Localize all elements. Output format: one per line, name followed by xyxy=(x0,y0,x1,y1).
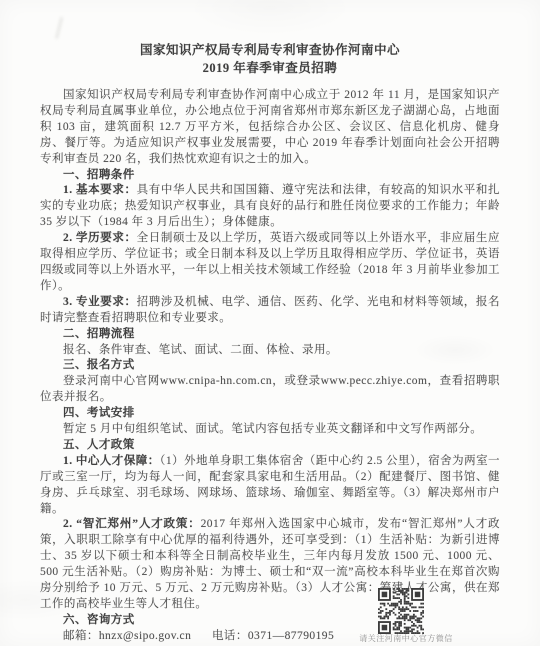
document-title-line2: 2019 年春季审查员招聘 xyxy=(0,60,540,78)
section-heading-recruit-process: 二、招聘流程 xyxy=(40,327,500,343)
paragraph-label: 2. “智汇郑州”人才政策： xyxy=(63,518,201,530)
scanned-document-page: 国家知识产权局专利局专利审查协作河南中心 2019 年春季审查员招聘 国家知识产… xyxy=(0,0,540,646)
phone-value: 0371—87790195 xyxy=(248,630,334,642)
paragraph-label: 1. 基本要求： xyxy=(63,184,137,196)
paragraph-apply: 登录河南中心官网www.cnipa-hn.com.cn，或登录www.pecc.… xyxy=(40,374,500,406)
paragraph-basic-requirements: 1. 基本要求：具有中华人民共和国国籍、遵守宪法和法律，有较高的知识水平和扎实的… xyxy=(40,183,500,231)
document-title: 国家知识产权局专利局专利审查协作河南中心 2019 年春季审查员招聘 xyxy=(0,42,540,77)
intro-paragraph: 国家知识产权局专利局专利审查协作河南中心成立于 2012 年 11 月，是国家知… xyxy=(40,88,500,168)
email-value: hnzx@sipo.gov.cn xyxy=(99,630,191,642)
paragraph-zhengzhou-talent-policy: 2. “智汇郑州”人才政策：2017 年郑州入选国家中心城市，发布“智汇郑州”人… xyxy=(40,517,500,612)
section-heading-apply-method: 三、报名方式 xyxy=(40,358,500,374)
phone-label: 电话： xyxy=(212,630,248,642)
email-label: 邮箱： xyxy=(63,630,99,642)
paragraph-major-requirements: 3. 专业要求：招聘涉及机械、电学、通信、医药、化学、光电和材料等领域，报名时请… xyxy=(40,295,500,327)
paragraph-education-requirements: 2. 学历要求：全日制硕士及以上学历，英语六级或同等以上外语水平，非应届生应取得… xyxy=(40,231,500,295)
qr-caption: 请关注河南中心官方微信 xyxy=(348,634,464,644)
section-heading-talent-policy: 五、人才政策 xyxy=(40,438,500,454)
paragraph-exam: 暂定 5 月中旬组织笔试、面试。笔试内容包括专业英文翻译和中文写作两部分。 xyxy=(40,422,500,438)
paragraph-label: 3. 专业要求： xyxy=(63,296,137,308)
wechat-qr-code xyxy=(378,588,424,634)
document-title-line1: 国家知识产权局专利局专利审查协作河南中心 xyxy=(0,42,540,60)
scan-artifact-smudge xyxy=(56,17,72,41)
paragraph-label: 2. 学历要求： xyxy=(63,232,137,244)
section-heading-contact: 六、咨询方式 xyxy=(40,613,500,629)
paragraph-process: 报名、条件审查、笔试、面试、二面、体检、录用。 xyxy=(40,343,500,359)
section-heading-exam-schedule: 四、考试安排 xyxy=(40,406,500,422)
paragraph-label: 1. 中心人才保障： xyxy=(63,455,160,467)
document-body: 国家知识产权局专利局专利审查协作河南中心成立于 2012 年 11 月，是国家知… xyxy=(0,88,540,645)
section-heading-recruit-conditions: 一、招聘条件 xyxy=(40,168,500,184)
paragraph-center-talent-support: 1. 中心人才保障：（1）外地单身职工集体宿舍（距中心约 2.5 公里），宿舍为… xyxy=(40,454,500,518)
paragraph-text: 2017 年郑州入选国家中心城市，发布“智汇郑州”人才政策，入职职工除享有中心优… xyxy=(40,518,500,610)
